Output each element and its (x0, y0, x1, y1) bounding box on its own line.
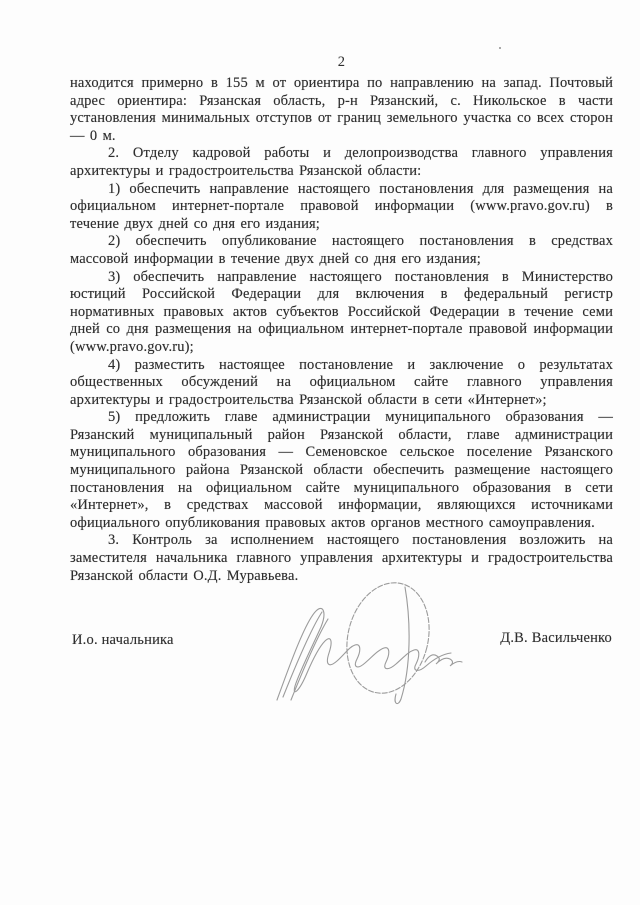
scan-speck (396, 81, 398, 83)
paragraph: 3) обеспечить направление настоящего пос… (70, 269, 613, 357)
signer-position-label: И.о. начальника (72, 632, 174, 649)
paragraph: 2) обеспечить опубликование настоящего п… (70, 233, 613, 268)
scanned-document-page: 2 находится примерно в 155 м от ориентир… (0, 0, 640, 905)
document-body: находится примерно в 155 м от ориентира … (70, 75, 613, 585)
paragraph: находится примерно в 155 м от ориентира … (70, 75, 613, 145)
page-number: 2 (70, 54, 613, 71)
handwritten-signature-icon (253, 567, 468, 722)
signer-name: Д.В. Васильченко (500, 630, 612, 647)
paragraph: 1) обеспечить направление настоящего пос… (70, 181, 613, 234)
paragraph: 5) предложить главе администрации муници… (70, 409, 613, 532)
paragraph: 4) разместить настоящее постановление и … (70, 357, 613, 410)
scan-speck (499, 47, 501, 49)
paragraph: 2. Отделу кадровой работы и делопроизвод… (70, 145, 613, 180)
